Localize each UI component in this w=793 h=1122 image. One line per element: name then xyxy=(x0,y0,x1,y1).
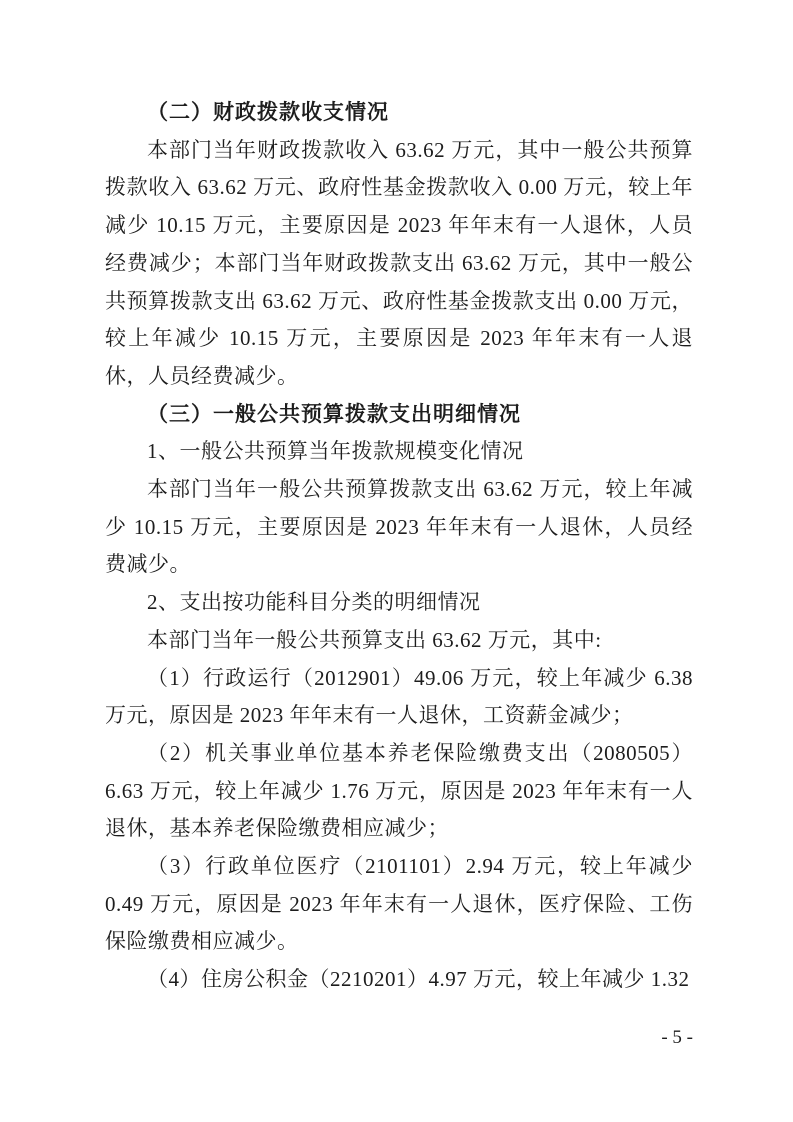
document-body: （二）财政拨款收支情况本部门当年财政拨款收入 63.62 万元，其中一般公共预算… xyxy=(105,94,693,999)
paragraph: （3）行政单位医疗（2101101）2.94 万元，较上年减少 0.49 万元，… xyxy=(105,848,693,961)
paragraph: （1）行政运行（2012901）49.06 万元，较上年减少 6.38 万元，原… xyxy=(105,660,693,735)
heading: （二）财政拨款收支情况 xyxy=(105,94,693,132)
paragraph: 本部门当年财政拨款收入 63.62 万元，其中一般公共预算拨款收入 63.62 … xyxy=(105,132,693,396)
paragraph: 本部门当年一般公共预算拨款支出 63.62 万元，较上年减少 10.15 万元，… xyxy=(105,471,693,584)
paragraph: （4）住房公积金（2210201）4.97 万元，较上年减少 1.32 xyxy=(105,961,693,999)
subheading: 1、一般公共预算当年拨款规模变化情况 xyxy=(105,433,693,471)
heading: （三）一般公共预算拨款支出明细情况 xyxy=(105,396,693,434)
page-number: - 5 - xyxy=(661,1026,693,1050)
paragraph: （2）机关事业单位基本养老保险缴费支出（2080505）6.63 万元，较上年减… xyxy=(105,735,693,848)
document-page: （二）财政拨款收支情况本部门当年财政拨款收入 63.62 万元，其中一般公共预算… xyxy=(0,0,793,1122)
paragraph: 本部门当年一般公共预算支出 63.62 万元，其中: xyxy=(105,622,693,660)
subheading: 2、支出按功能科目分类的明细情况 xyxy=(105,584,693,622)
